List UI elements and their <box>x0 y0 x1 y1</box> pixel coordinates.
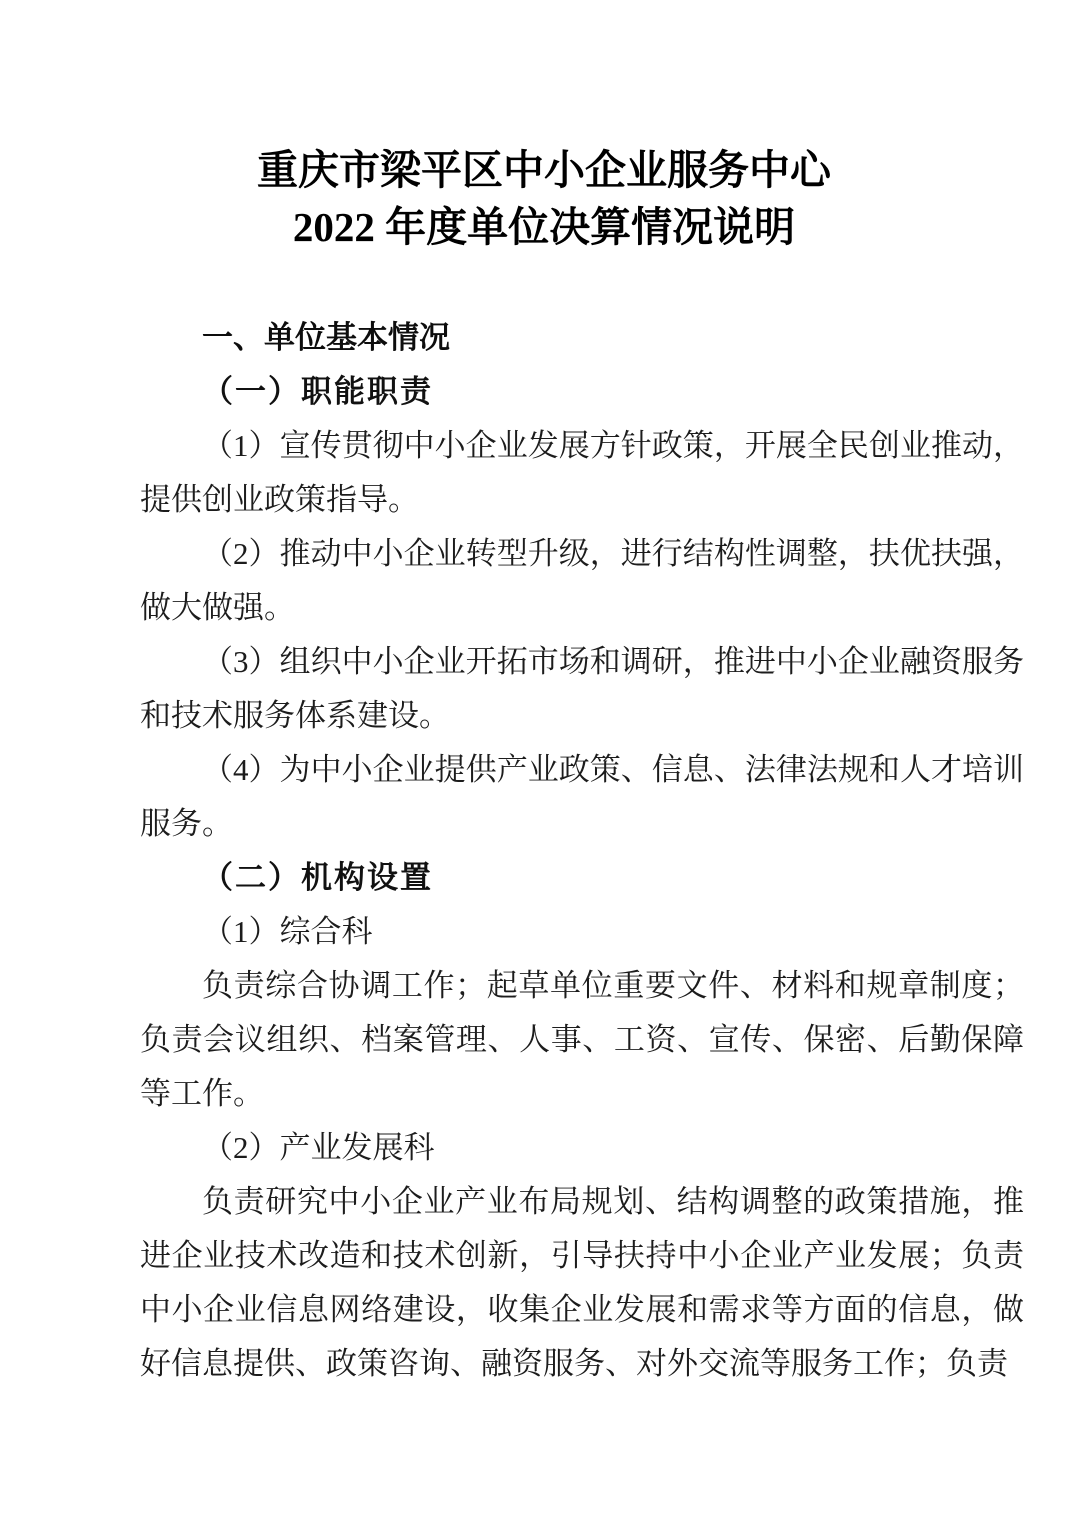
subsection-heading-org-structure: （二）机构设置 <box>140 851 1024 905</box>
document-title-line1: 重庆市梁平区中小企业服务中心 <box>102 142 986 199</box>
document-title-line2: 2022 年度单位决算情况说明 <box>102 199 986 256</box>
paragraph-duty-2: （2）推动中小企业转型升级，进行结构性调整，扶优扶强，做大做强。 <box>140 527 1024 635</box>
paragraph-duty-1: （1）宣传贯彻中小企业发展方针政策，开展全民创业推动，提供创业政策指导。 <box>140 419 1024 527</box>
paragraph-dept-1-name: （1）综合科 <box>140 905 1024 959</box>
paragraph-dept-1-duties: 负责综合协调工作；起草单位重要文件、材料和规章制度；负责会议组织、档案管理、人事… <box>140 959 1024 1121</box>
subsection-heading-duties: （一）职能职责 <box>140 365 1024 419</box>
section-heading-basic-info: 一、单位基本情况 <box>140 311 1024 365</box>
document-page: 重庆市梁平区中小企业服务中心 2022 年度单位决算情况说明 一、单位基本情况 … <box>0 0 1074 1520</box>
paragraph-dept-2-duties: 负责研究中小企业产业布局规划、结构调整的政策措施，推进企业技术改造和技术创新，引… <box>140 1175 1024 1391</box>
document-title: 重庆市梁平区中小企业服务中心 2022 年度单位决算情况说明 <box>102 142 986 256</box>
paragraph-dept-2-name: （2）产业发展科 <box>140 1121 1024 1175</box>
paragraph-duty-4: （4）为中小企业提供产业政策、信息、法律法规和人才培训服务。 <box>140 743 1024 851</box>
paragraph-duty-3: （3）组织中小企业开拓市场和调研，推进中小企业融资服务和技术服务体系建设。 <box>140 635 1024 743</box>
